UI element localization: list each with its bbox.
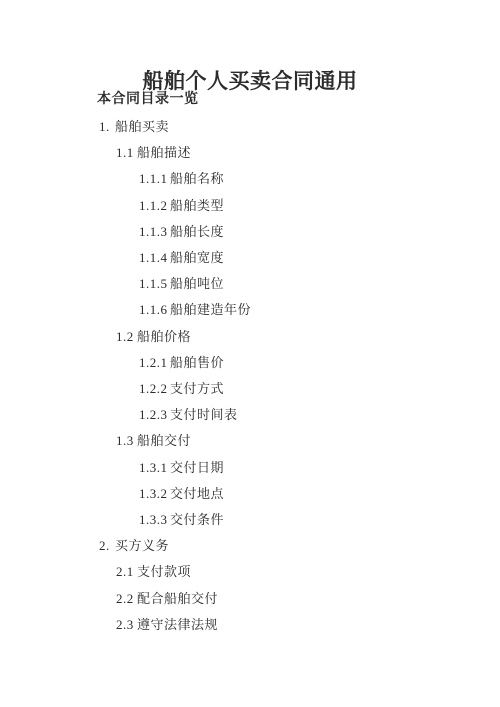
toc-item-label: 船舶售价 xyxy=(170,355,224,370)
toc-item-number: 1.1.3 xyxy=(139,219,170,245)
toc-item-label: 船舶长度 xyxy=(170,224,224,239)
toc-item-number: 1.1 xyxy=(116,140,137,166)
toc-item-label: 船舶建造年份 xyxy=(170,302,251,317)
document-page: 船舶个人买卖合同通用 本合同目录一览 1.船舶买卖1.1船舶描述1.1.1船舶名… xyxy=(0,0,500,707)
toc-item: 1.3船舶交付 xyxy=(0,428,500,454)
toc-item-number: 2.2 xyxy=(116,586,137,612)
toc-item-number: 1.2.3 xyxy=(139,402,170,428)
toc-item-label: 支付款项 xyxy=(137,564,191,579)
toc-item: 1.3.2交付地点 xyxy=(0,481,500,507)
toc-item-label: 船舶买卖 xyxy=(115,119,169,134)
toc-item: 1.1.3船舶长度 xyxy=(0,219,500,245)
toc-item: 2.3遵守法律法规 xyxy=(0,612,500,638)
toc-item-number: 2.1 xyxy=(116,559,137,585)
document-title: 船舶个人买卖合同通用 xyxy=(0,65,500,95)
toc-item-number: 2.3 xyxy=(116,612,137,638)
toc-item-label: 买方义务 xyxy=(115,538,169,553)
toc-item-label: 支付方式 xyxy=(170,381,224,396)
toc-item-number: 1.3.3 xyxy=(139,507,170,533)
toc-item: 1.1.4船舶宽度 xyxy=(0,245,500,271)
toc-heading: 本合同目录一览 xyxy=(97,88,199,108)
toc-item-label: 交付地点 xyxy=(170,486,224,501)
toc-item: 1.1.6船舶建造年份 xyxy=(0,297,500,323)
toc-item-label: 交付日期 xyxy=(170,460,224,475)
toc-item: 1.2船舶价格 xyxy=(0,324,500,350)
toc-item-label: 船舶吨位 xyxy=(170,276,224,291)
toc-item-number: 1.3.2 xyxy=(139,481,170,507)
toc-item-label: 船舶类型 xyxy=(170,198,224,213)
toc-item-number: 1.1.6 xyxy=(139,297,170,323)
toc-item: 2.1支付款项 xyxy=(0,559,500,585)
toc-item-label: 配合船舶交付 xyxy=(137,591,218,606)
toc-item-label: 遵守法律法规 xyxy=(137,617,218,632)
toc-list: 1.船舶买卖1.1船舶描述1.1.1船舶名称1.1.2船舶类型1.1.3船舶长度… xyxy=(0,114,500,638)
toc-item-label: 支付时间表 xyxy=(170,407,238,422)
toc-item-number: 1.1.4 xyxy=(139,245,170,271)
toc-item: 1.2.3支付时间表 xyxy=(0,402,500,428)
toc-item-number: 1.2 xyxy=(116,324,137,350)
toc-item: 1.1.2船舶类型 xyxy=(0,193,500,219)
toc-item: 1.1.5船舶吨位 xyxy=(0,271,500,297)
toc-item: 2.买方义务 xyxy=(0,533,500,559)
toc-item-number: 1.1.2 xyxy=(139,193,170,219)
toc-item: 1.2.1船舶售价 xyxy=(0,350,500,376)
toc-item: 1.1.1船舶名称 xyxy=(0,166,500,192)
toc-item: 1.1船舶描述 xyxy=(0,140,500,166)
toc-item-number: 1.1.5 xyxy=(139,271,170,297)
toc-item-number: 1. xyxy=(99,114,115,140)
toc-item: 2.2配合船舶交付 xyxy=(0,586,500,612)
toc-item-label: 船舶价格 xyxy=(137,329,191,344)
toc-item: 1.2.2支付方式 xyxy=(0,376,500,402)
toc-item: 1.3.3交付条件 xyxy=(0,507,500,533)
toc-item-label: 交付条件 xyxy=(170,512,224,527)
toc-item-number: 2. xyxy=(99,533,115,559)
toc-item: 1.3.1交付日期 xyxy=(0,455,500,481)
toc-item-number: 1.2.1 xyxy=(139,350,170,376)
toc-item-number: 1.3.1 xyxy=(139,455,170,481)
toc-item-number: 1.3 xyxy=(116,428,137,454)
toc-item-label: 船舶描述 xyxy=(137,145,191,160)
toc-item-label: 船舶宽度 xyxy=(170,250,224,265)
toc-item-label: 船舶交付 xyxy=(137,433,191,448)
toc-item-label: 船舶名称 xyxy=(170,171,224,186)
toc-item-number: 1.1.1 xyxy=(139,166,170,192)
toc-item: 1.船舶买卖 xyxy=(0,114,500,140)
toc-item-number: 1.2.2 xyxy=(139,376,170,402)
